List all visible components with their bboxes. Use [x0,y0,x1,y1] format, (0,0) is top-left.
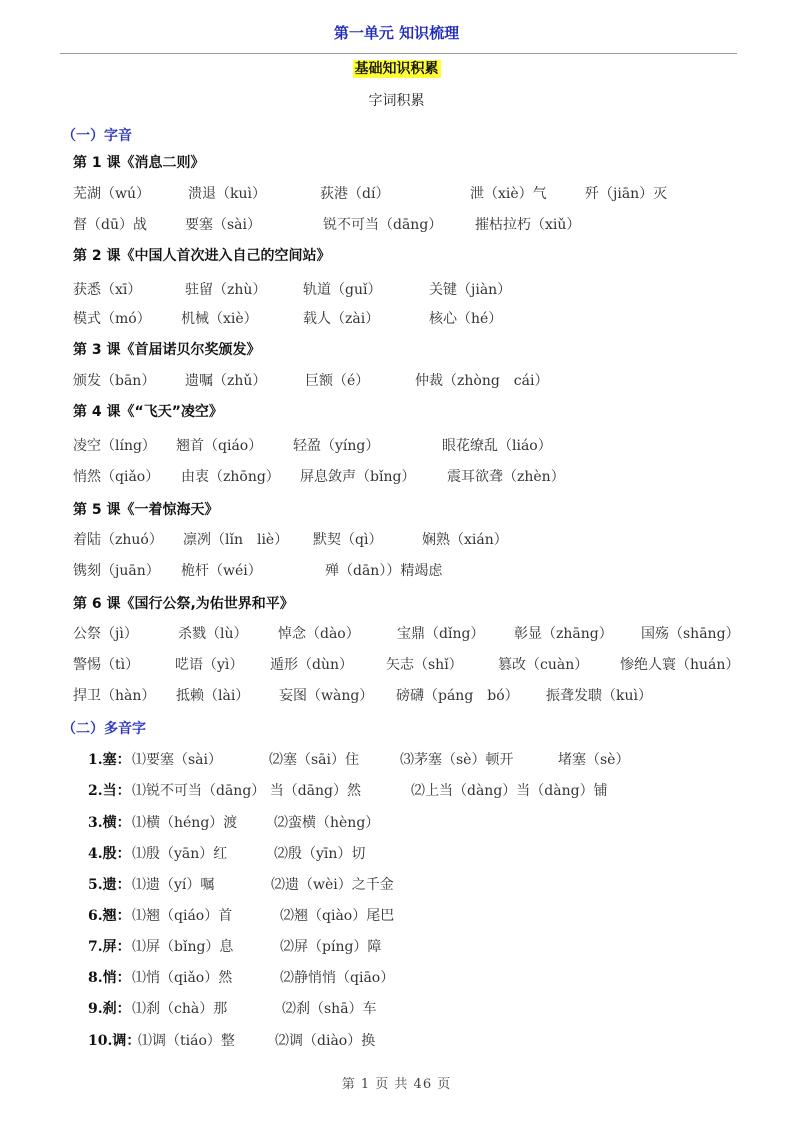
header-title: 第一单元 知识梳理 [0,22,793,43]
word-item: 呓语（yì） [175,654,243,674]
word-item: 核心（hé） [429,308,502,328]
polyphone-item-9: 9.刹： ⑴刹（chà）那 ⑵刹（shā）车 [88,998,131,1018]
lesson-6-title: 第 6 课《国行公祭,为佑世界和平》 [73,593,294,613]
word-item: 着陆（zhuó） [73,529,163,549]
word-item: 轨道（guǐ） [303,279,381,299]
word-item: 督（dū）战 [73,214,147,234]
polyphone-item-3: 3.横： ⑴横（héng）渡 ⑵蛮横（hèng） [88,812,131,832]
word-item: 娴熟（xián） [422,529,508,549]
polyphone-label: 5.遗： [88,877,131,893]
word-item: 由衷（zhōng） [181,466,280,486]
word-item: 摧枯拉朽（xiǔ） [475,214,580,234]
word-item: 桅杆（wéi） [181,560,262,580]
polyphone-item-8: 8.悄： ⑴悄（qiǎo）然 ⑵静悄悄（qiāo） [88,967,131,987]
polyphone-item-6: 6.翘： ⑴翘（qiáo）首 ⑵翘（qiào）尾巴 [88,905,131,925]
polyphone-option: ⑴横（héng）渡 [132,812,237,832]
polyphone-option: ⑵调（diào）换 [275,1030,375,1050]
polyphone-option: ⑵遗（wèi）之千金 [271,874,394,894]
polyphone-option: ⑴殷（yān）红 [132,843,227,863]
word-item: 矢志（shǐ） [386,654,463,674]
polyphone-option: ⑵上当（dàng）当（dàng）铺 [411,780,608,800]
polyphone-label: 4.殷： [88,846,131,862]
word-item: 歼（jiān）灭 [585,183,667,203]
polyphone-item-7: 7.屏： ⑴屏（bǐng）息 ⑵屏（píng）障 [88,936,131,956]
polyphone-label: 2.当： [88,783,131,799]
polyphone-label: 10.调： [88,1033,140,1049]
word-item: 惨绝人寰（huán） [620,654,739,674]
word-item: 妄图（wàng） [279,685,373,705]
word-item: 泄（xiè）气 [470,183,547,203]
word-item: 屏息敛声（bǐng） [300,466,415,486]
word-item: 公祭（jì） [73,623,138,643]
polyphone-option: ⑴刹（chà）那 [132,998,227,1018]
word-item: 关键（jiàn） [429,279,511,299]
word-item: 彰显（zhāng） [514,623,613,643]
polyphone-option: ⑴调（tiáo）整 [138,1030,235,1050]
section-polyphone-title: （二）多音字 [62,718,146,738]
word-item: 溃退（kuì） [188,183,266,203]
highlight-title-text: 基础知识积累 [353,60,441,78]
word-item: 宝鼎（dǐng） [397,623,484,643]
polyphone-option: ⑵静悄悄（qiāo） [280,967,394,987]
polyphone-item-1: 1.塞： ⑴要塞（sài） ⑵塞（sāi）住 ⑶茅塞（sè）顿开 堵塞（sè） [88,749,131,769]
polyphone-option: ⑴锐不可当（dāng） 当（dāng）然 [132,780,361,800]
word-item: 抵赖（lài） [176,685,249,705]
word-item: 杀戮（lù） [178,623,248,643]
word-item: 颁发（bān） [73,370,155,390]
word-item: 模式（mó） [73,308,151,328]
word-item: 载人（zài） [303,308,379,328]
polyphone-option: ⑵屏（píng）障 [280,936,381,956]
word-item: 磅礴（páng bó） [396,685,519,705]
word-item: 捍卫（hàn） [73,685,155,705]
word-item: 机械（xiè） [181,308,258,328]
polyphone-option: ⑴屏（bǐng）息 [132,936,233,956]
lesson-5-title: 第 5 课《一着惊海天》 [73,499,219,519]
word-item: 眼花缭乱（liáo） [442,435,552,455]
header-rule [60,53,737,54]
word-item: 振聋发聩（kuì） [546,685,652,705]
polyphone-item-10: 10.调： ⑴调（tiáo）整 ⑵调（diào）换 [88,1030,140,1050]
polyphone-item-2: 2.当： ⑴锐不可当（dāng） 当（dāng）然 ⑵上当（dàng）当（dàn… [88,780,131,800]
polyphone-option: 堵塞（sè） [558,749,629,769]
word-item: 遁形（dùn） [270,654,353,674]
word-item: 凛冽（lǐn liè） [183,529,288,549]
word-item: 悼念（dào） [278,623,360,643]
subtitle: 字词积累 [0,90,793,110]
word-item: 悄然（qiǎo） [73,466,159,486]
polyphone-option: ⑵蛮横（hèng） [274,812,379,832]
polyphone-option: ⑴翘（qiáo）首 [132,905,232,925]
word-item: 轻盈（yíng） [293,435,379,455]
page-footer: 第 1 页 共 46 页 [0,1073,793,1092]
polyphone-label: 3.横： [88,815,131,831]
word-item: 镌刻（juān） [73,560,160,580]
lesson-3-title: 第 3 课《首届诺贝尔奖颁发》 [73,339,261,359]
polyphone-option: ⑵刹（shā）车 [282,998,377,1018]
polyphone-label: 8.悄： [88,970,131,986]
polyphone-option: ⑵塞（sāi）住 [269,749,359,769]
highlight-title: 基础知识积累 [0,58,793,78]
word-item: 殚（dān））精竭虑 [325,560,442,580]
word-item: 默契（qì） [313,529,382,549]
polyphone-option: ⑴要塞（sài） [132,749,222,769]
polyphone-item-5: 5.遗： ⑴遗（yí）嘱 ⑵遗（wèi）之千金 [88,874,131,894]
word-item: 要塞（sài） [185,214,261,234]
lesson-2-title: 第 2 课《中国人首次进入自己的空间站》 [73,245,331,265]
word-item: 仲裁（zhòng cái） [415,370,548,390]
word-item: 震耳欲聋（zhèn） [447,466,565,486]
polyphone-option: ⑶茅塞（sè）顿开 [400,749,513,769]
word-item: 获悉（xī） [73,279,141,299]
polyphone-label: 1.塞： [88,752,131,768]
word-item: 荻港（dí） [320,183,389,203]
polyphone-label: 9.刹： [88,1001,131,1017]
polyphone-label: 7.屏： [88,939,131,955]
polyphone-label: 6.翘： [88,908,131,924]
word-item: 锐不可当（dāng） [323,214,442,234]
lesson-4-title: 第 4 课《“飞天”凌空》 [73,401,223,421]
lesson-1-title: 第 1 课《消息二则》 [73,152,205,172]
word-item: 国殇（shāng） [641,623,740,643]
word-item: 翘首（qiáo） [176,435,262,455]
section-pronunciation-title: （一）字音 [62,125,132,145]
polyphone-item-4: 4.殷： ⑴殷（yān）红 ⑵殷（yīn）切 [88,843,131,863]
word-item: 巨额（é） [305,370,369,390]
polyphone-option: ⑵翘（qiào）尾巴 [280,905,394,925]
word-item: 篡改（cuàn） [498,654,588,674]
word-item: 凌空（líng） [73,435,156,455]
word-item: 芜湖（wú） [73,183,150,203]
polyphone-option: ⑴悄（qiǎo）然 [132,967,232,987]
word-item: 遗嘱（zhǔ） [185,370,266,390]
polyphone-option: ⑵殷（yīn）切 [274,843,365,863]
word-item: 警惕（tì） [73,654,139,674]
word-item: 驻留（zhù） [185,279,266,299]
polyphone-option: ⑴遗（yí）嘱 [132,874,214,894]
